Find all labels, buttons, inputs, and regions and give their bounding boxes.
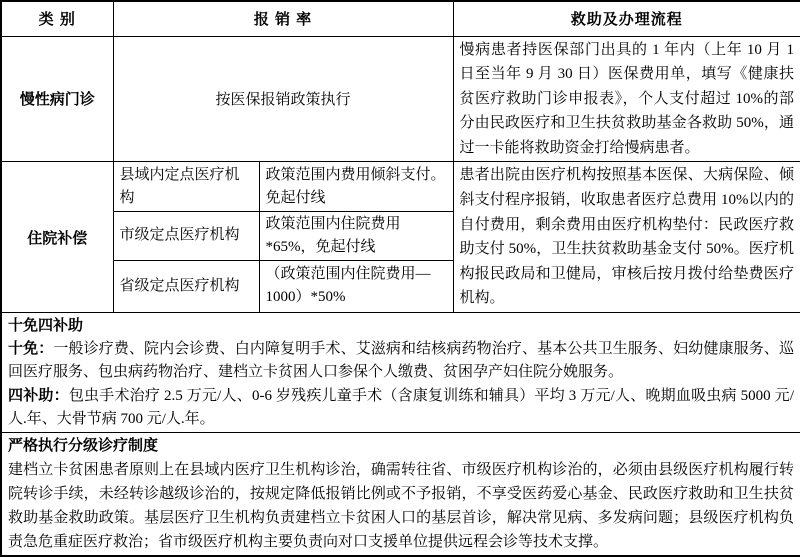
chronic-process-cell: 慢病患者持医保部门出具的 1 年内（上年 10 月 1 日至当年 9 月 30 … bbox=[453, 36, 800, 162]
grading-body: 建档立卡贫困患者原则上在县域内医疗卫生机构诊治，确需转往省、市级医疗机构诊治的，… bbox=[8, 458, 794, 554]
hospital-rate-province: （政策范围内住院费用—1000）*50% bbox=[259, 260, 453, 312]
ten-exemptions-text: 一般诊疗费、院内会诊费、白内障复明手术、艾滋病和结核病药物治疗、基本公共卫生服务… bbox=[8, 341, 794, 380]
hospital-org-province: 省级定点医疗机构 bbox=[113, 260, 259, 312]
four-subsidies-label: 四补助： bbox=[8, 387, 69, 404]
hospital-org-county: 县域内定点医疗机构 bbox=[113, 162, 259, 211]
hospital-org-city: 市级定点医疗机构 bbox=[113, 211, 259, 260]
header-rate: 报 销 率 bbox=[113, 1, 453, 36]
hospital-category-cell: 住院补偿 bbox=[1, 162, 113, 313]
hospital-row-county: 住院补偿 县域内定点医疗机构 政策范围内费用倾斜支付。免起付线 患者出院由医疗机… bbox=[1, 162, 800, 211]
four-subsidies-text: 包虫手术治疗 2.5 万元/人、0-6 岁残疾儿童手术（含康复训练和辅具）平均 … bbox=[8, 388, 794, 427]
header-process: 救助及办理流程 bbox=[453, 1, 800, 36]
policy-document-page: 类 别 报 销 率 救助及办理流程 慢性病门诊 按医保报销政策执行 慢病患者持医… bbox=[0, 0, 800, 541]
grading-section-cell: 严格执行分级诊疗制度 建档立卡贫困患者原则上在县域内医疗卫生机构诊治，确需转往省… bbox=[1, 433, 800, 557]
chronic-rate-cell: 按医保报销政策执行 bbox=[113, 36, 453, 162]
chronic-row: 慢性病门诊 按医保报销政策执行 慢病患者持医保部门出具的 1 年内（上年 10 … bbox=[1, 36, 800, 162]
table-header-row: 类 别 报 销 率 救助及办理流程 bbox=[1, 1, 800, 36]
grading-section-row: 严格执行分级诊疗制度 建档立卡贫困患者原则上在县域内医疗卫生机构诊治，确需转往省… bbox=[1, 433, 800, 557]
exemptions-title: 十免四补助 bbox=[8, 314, 794, 337]
hospital-process-cell: 患者出院由医疗机构按照基本医保、大病保险、倾斜支付程序报销，收取患者医疗总费用 … bbox=[453, 162, 800, 313]
hospital-rate-city: 政策范围内住院费用*65%，免起付线 bbox=[259, 211, 453, 260]
exemptions-section-row: 十免四补助 十免：一般诊疗费、院内会诊费、白内障复明手术、艾滋病和结核病药物治疗… bbox=[1, 313, 800, 433]
header-category: 类 别 bbox=[1, 1, 113, 36]
grading-title: 严格执行分级诊疗制度 bbox=[8, 434, 794, 458]
reimbursement-policy-table: 类 别 报 销 率 救助及办理流程 慢性病门诊 按医保报销政策执行 慢病患者持医… bbox=[0, 0, 800, 557]
exemptions-section-cell: 十免四补助 十免：一般诊疗费、院内会诊费、白内障复明手术、艾滋病和结核病药物治疗… bbox=[1, 313, 800, 433]
ten-exemptions-paragraph: 十免：一般诊疗费、院内会诊费、白内障复明手术、艾滋病和结核病药物治疗、基本公共卫… bbox=[8, 337, 794, 384]
hospital-rate-county: 政策范围内费用倾斜支付。免起付线 bbox=[259, 162, 453, 211]
four-subsidies-paragraph: 四补助：包虫手术治疗 2.5 万元/人、0-6 岁残疾儿童手术（含康复训练和辅具… bbox=[8, 384, 794, 431]
chronic-category-cell: 慢性病门诊 bbox=[1, 36, 113, 162]
ten-exemptions-label: 十免： bbox=[8, 340, 53, 357]
